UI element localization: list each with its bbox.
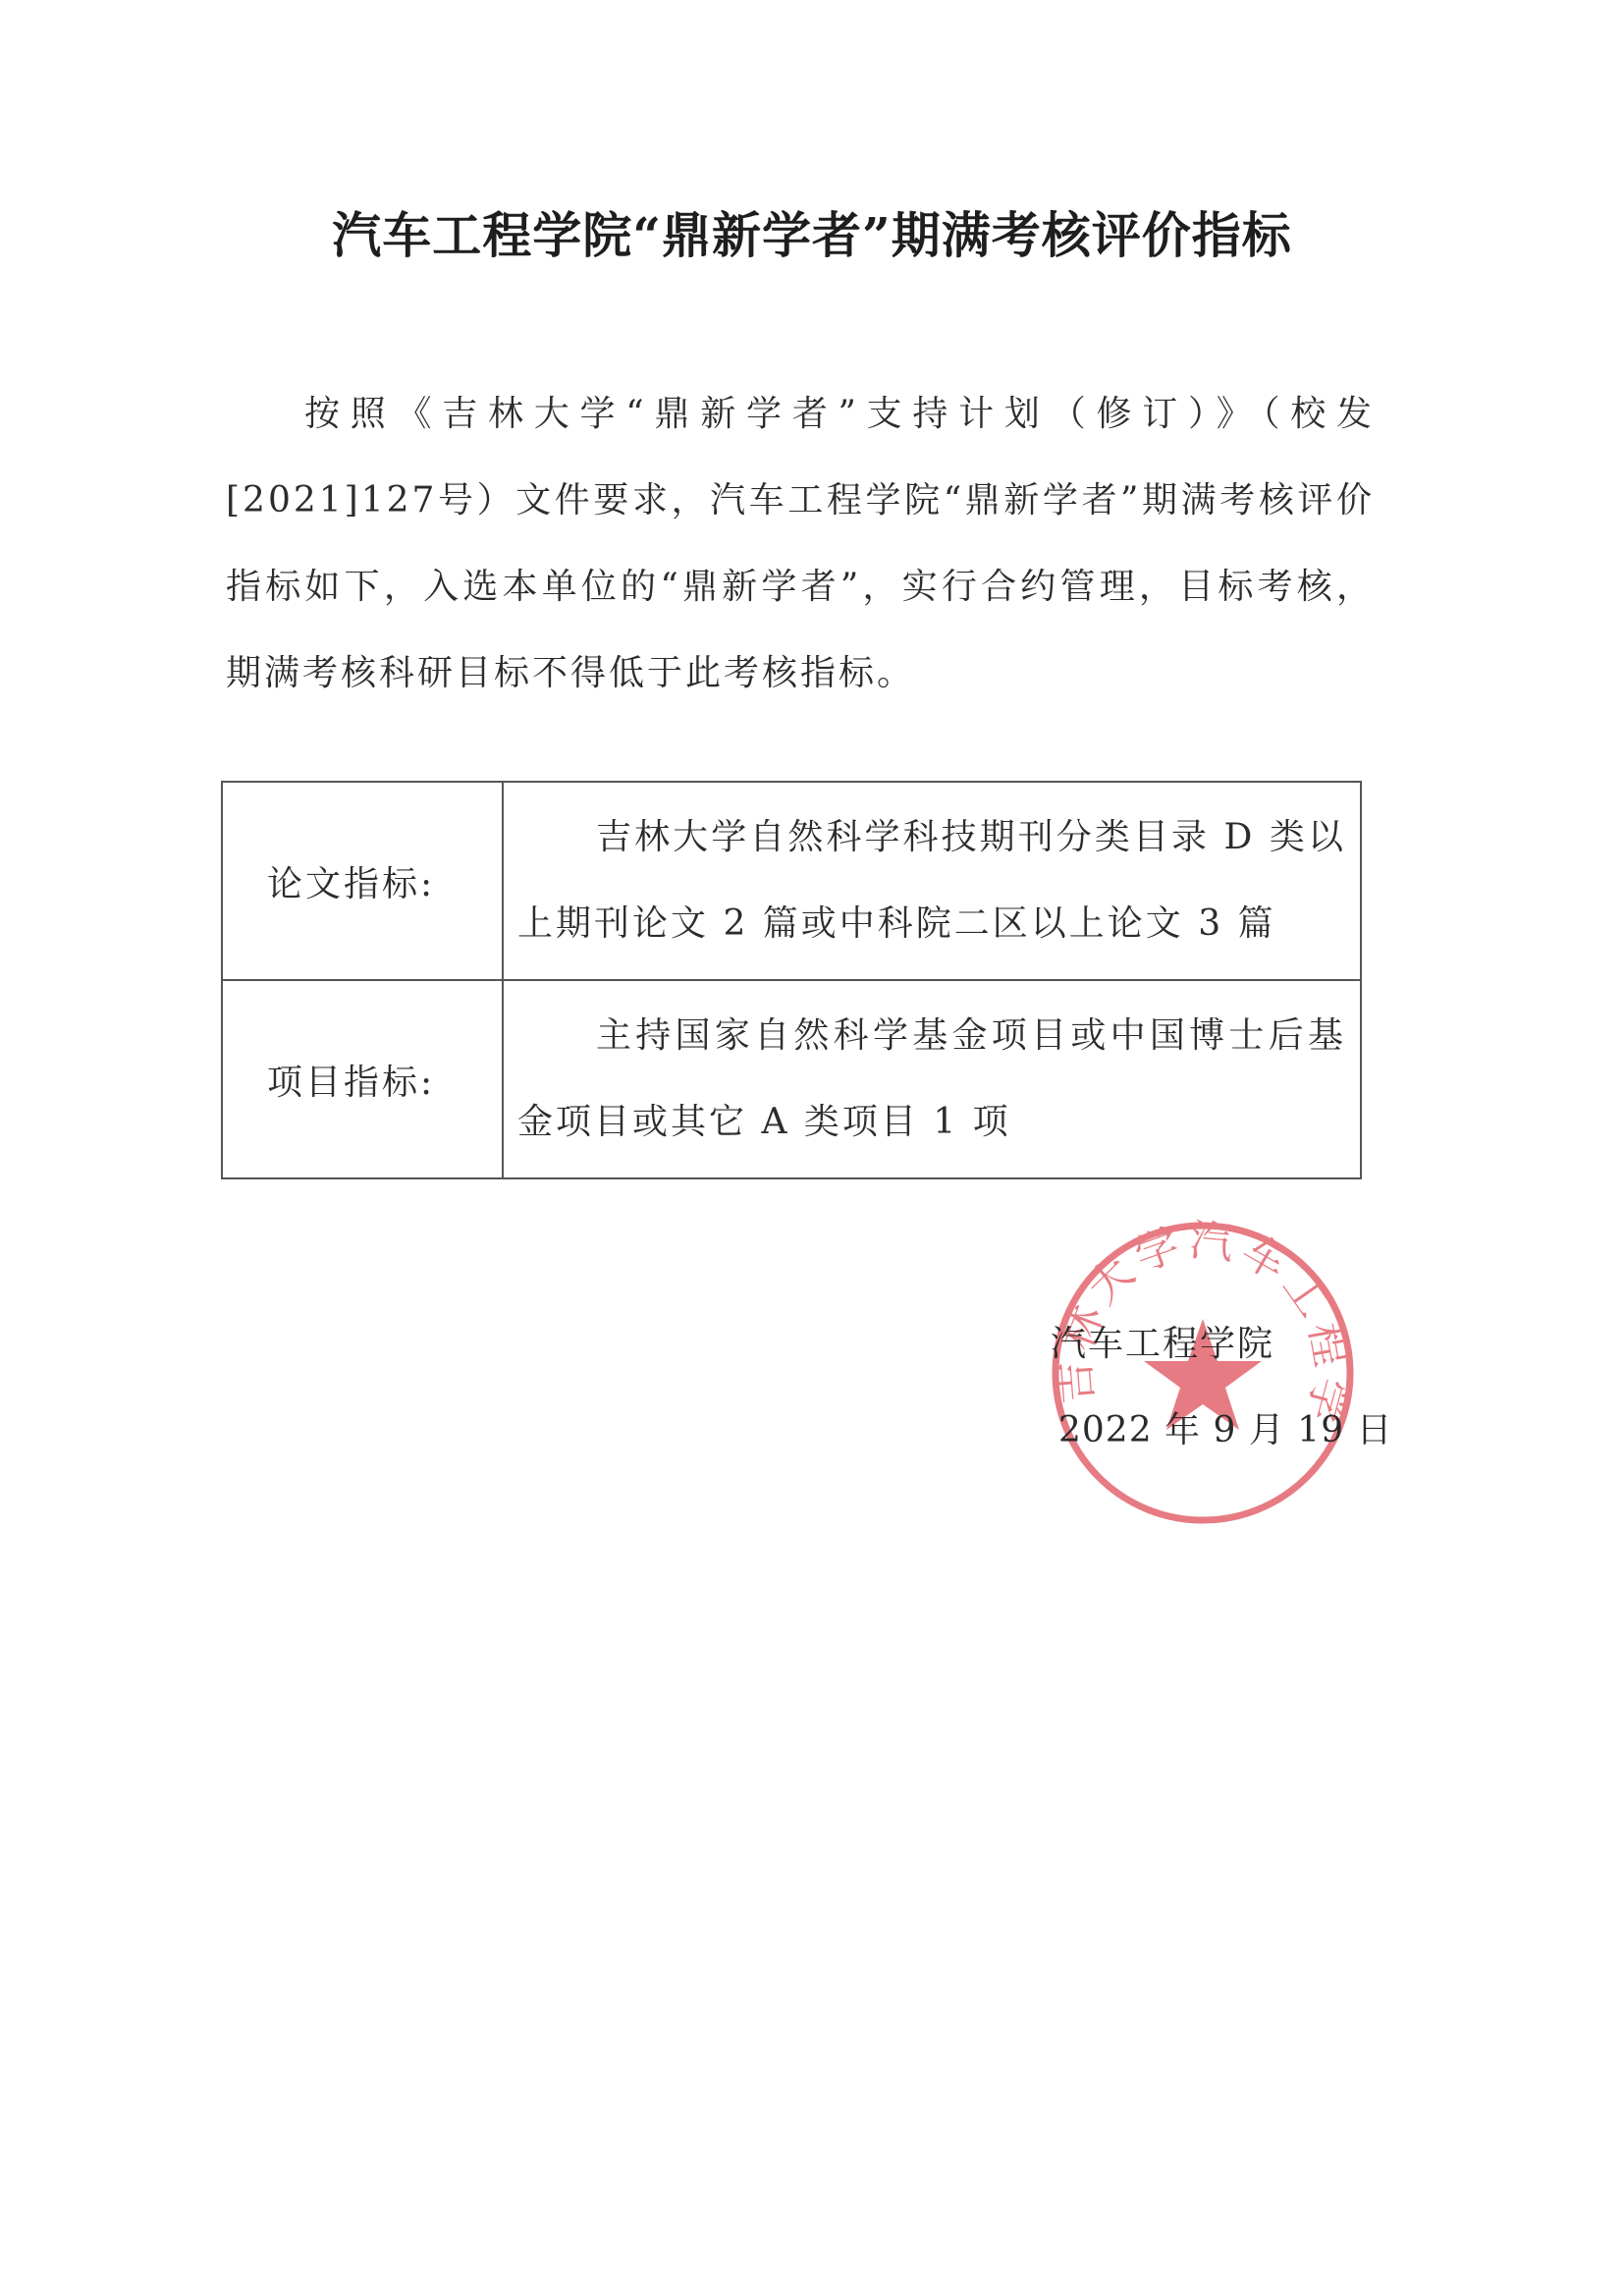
indicator-value: 吉林大学自然科学科技期刊分类目录 D 类以上期刊论文 2 篇或中科院二区以上论文… — [503, 782, 1361, 980]
indicator-table: 论文指标: 吉林大学自然科学科技期刊分类目录 D 类以上期刊论文 2 篇或中科院… — [221, 781, 1362, 1179]
signature-date: 2022 年 9 月 19 日 — [1058, 1402, 1393, 1452]
indicator-label: 论文指标: — [222, 782, 503, 980]
table-row: 论文指标: 吉林大学自然科学科技期刊分类目录 D 类以上期刊论文 2 篇或中科院… — [222, 782, 1361, 980]
signature-unit: 汽车工程学院 — [1051, 1316, 1274, 1366]
indicator-label: 项目指标: — [222, 980, 503, 1178]
document-title: 汽车工程学院“鼎新学者”期满考核评价指标 — [0, 196, 1624, 267]
intro-paragraph: 按照《吉林大学“鼎新学者”支持计划（修订）》（校发[2021]127号）文件要求… — [226, 371, 1375, 717]
official-seal-icon: 吉林大学汽车工程学院 — [1046, 1216, 1360, 1530]
table-row: 项目指标: 主持国家自然科学基金项目或中国博士后基金项目或其它 A 类项目 1 … — [222, 980, 1361, 1178]
indicator-value: 主持国家自然科学基金项目或中国博士后基金项目或其它 A 类项目 1 项 — [503, 980, 1361, 1178]
